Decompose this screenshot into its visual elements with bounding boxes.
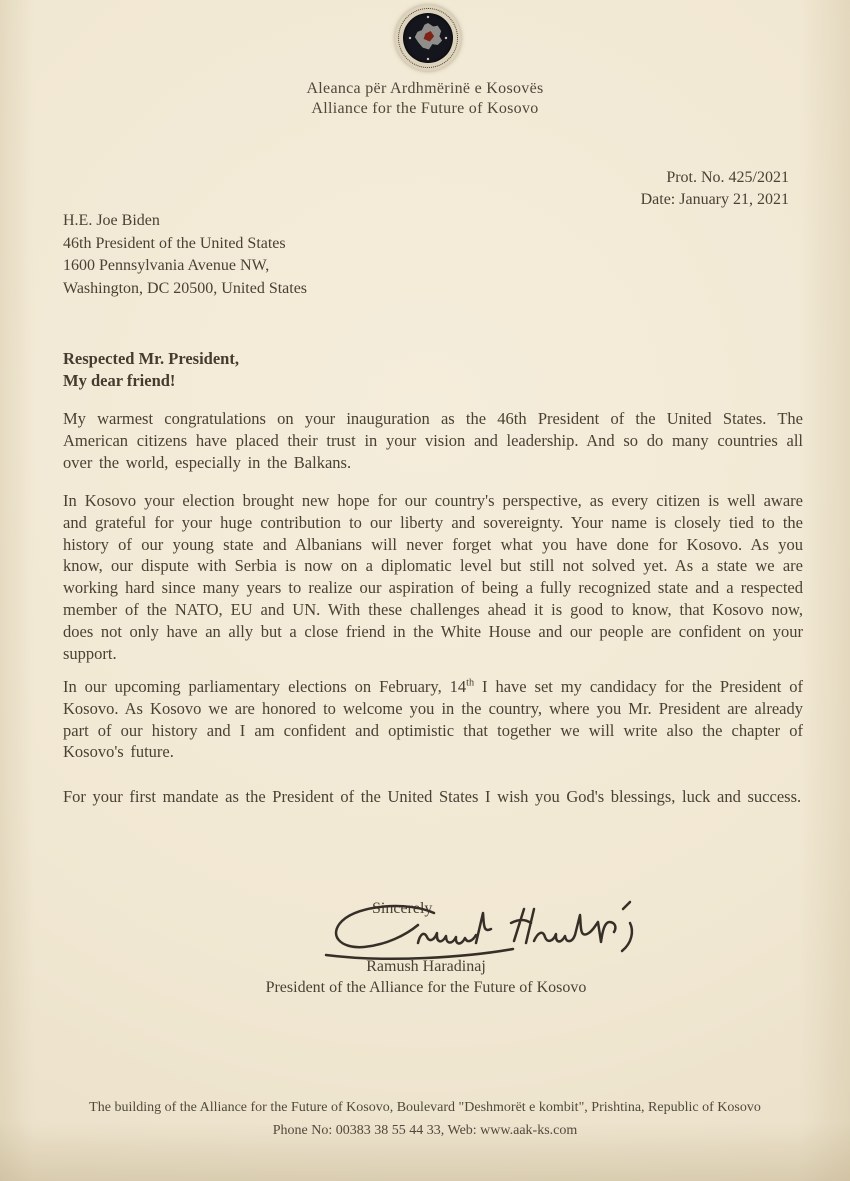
ordinal-superscript: th (466, 678, 474, 689)
handwritten-signature-icon (318, 897, 650, 967)
aak-seal-icon (395, 5, 461, 71)
letter-footer: The building of the Alliance for the Fut… (0, 1096, 850, 1142)
body-paragraph-3: In our upcoming parliamentary elections … (63, 676, 803, 763)
salutation-block: Respected Mr. President, My dear friend! (63, 348, 239, 391)
signatory-title: President of the Alliance for the Future… (0, 979, 850, 997)
protocol-number: Prot. No. 425/2021 (641, 167, 789, 189)
recipient-name: H.E. Joe Biden (63, 210, 307, 233)
seal-text-ring (398, 8, 458, 68)
paragraph-3-text-start: In our upcoming parliamentary elections … (63, 677, 466, 696)
body-paragraph-2: In Kosovo your election brought new hope… (63, 490, 803, 664)
recipient-address-block: H.E. Joe Biden 46th President of the Uni… (63, 210, 307, 300)
letter-date: Date: January 21, 2021 (641, 189, 789, 211)
body-paragraph-4: For your first mandate as the President … (63, 786, 803, 808)
recipient-street: 1600 Pennsylvania Avenue NW, (63, 255, 307, 278)
scanned-letter-page: Aleanca për Ardhmërinë e Kosovës Allianc… (0, 0, 850, 1181)
letterhead-org-names: Aleanca për Ardhmërinë e Kosovës Allianc… (0, 79, 850, 118)
org-name-albanian: Aleanca për Ardhmërinë e Kosovës (0, 79, 850, 99)
footer-address-line: The building of the Alliance for the Fut… (0, 1096, 850, 1119)
recipient-title: 46th President of the United States (63, 233, 307, 256)
salutation-line-1: Respected Mr. President, (63, 348, 239, 370)
org-name-english: Alliance for the Future of Kosovo (0, 99, 850, 119)
recipient-city: Washington, DC 20500, United States (63, 278, 307, 301)
body-paragraph-1: My warmest congratulations on your inaug… (63, 408, 803, 473)
footer-contact-line: Phone No: 00383 38 55 44 33, Web: www.aa… (0, 1119, 850, 1142)
salutation-line-2: My dear friend! (63, 370, 239, 392)
signatory-name: Ramush Haradinaj (0, 958, 850, 976)
letter-meta-block: Prot. No. 425/2021 Date: January 21, 202… (641, 167, 789, 210)
